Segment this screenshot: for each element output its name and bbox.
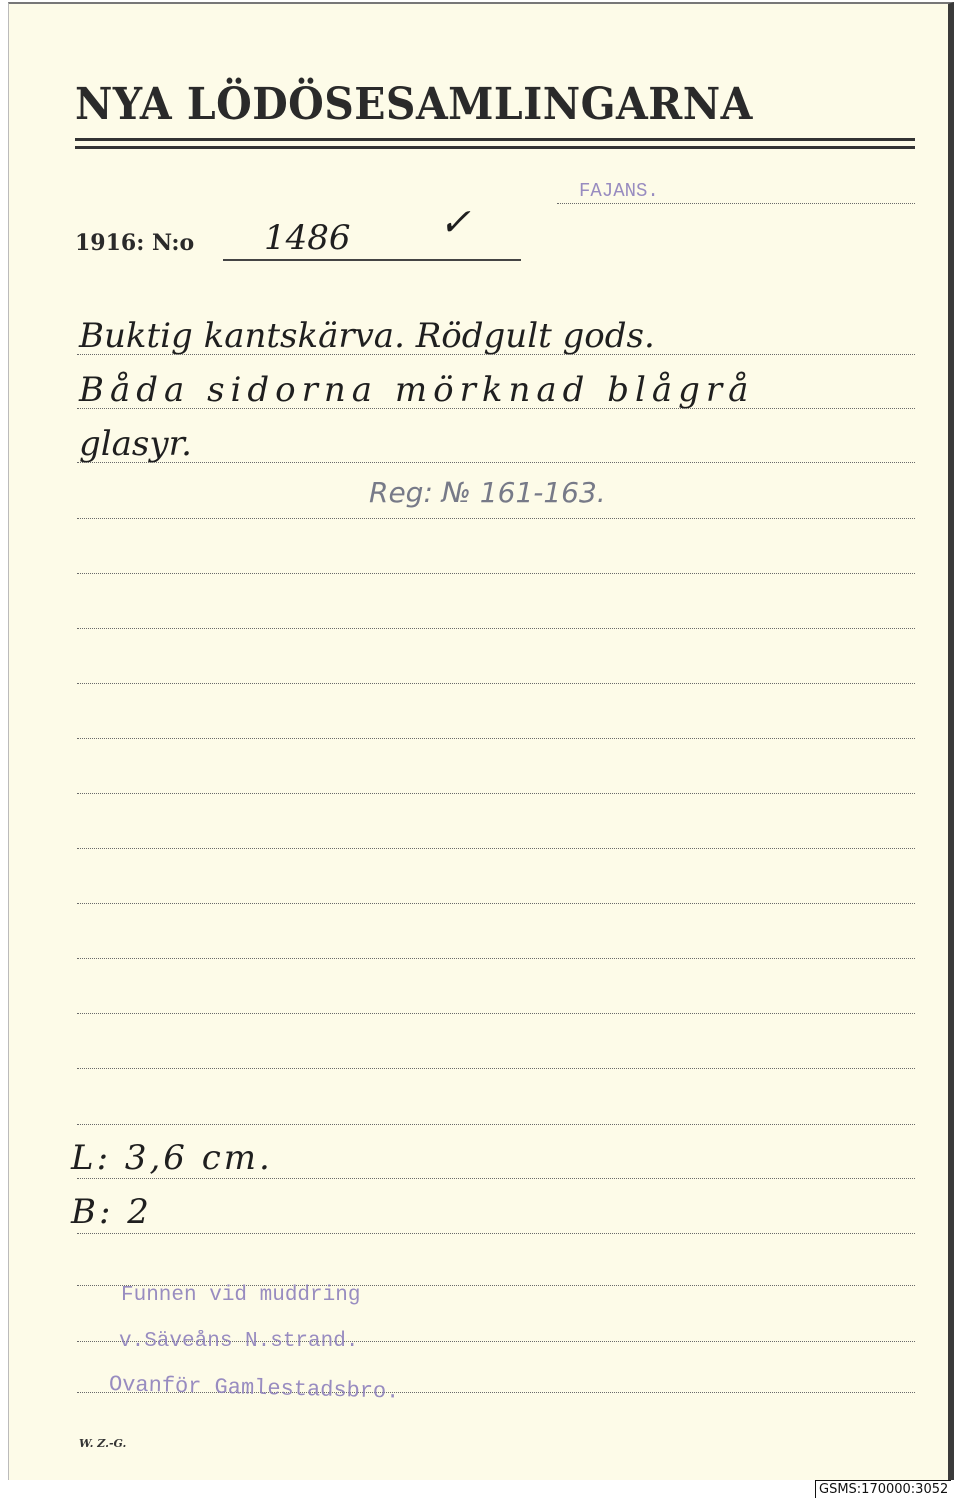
find-stamp-line-1: Funnen vid muddring [121, 1284, 360, 1307]
find-stamp-line-2: v.Säveåns N.strand. [119, 1330, 358, 1353]
dotted-line [77, 683, 915, 684]
dotted-line [77, 462, 915, 463]
check-mark-icon: ✓ [439, 200, 471, 244]
number-label: 1916: N:o [75, 230, 194, 256]
find-stamp-line-3: Ovanför Gamlestadsbro. [109, 1372, 400, 1405]
category-stamp: FAJANS. [579, 180, 659, 202]
catalog-card: NYA LÖDÖSESAMLINGARNA FAJANS. 1916: N:o … [8, 2, 954, 1480]
length-measurement: L: 3,6 cm. [71, 1138, 273, 1178]
dotted-line [77, 1068, 915, 1069]
width-measurement: B: 2 [71, 1192, 152, 1232]
dotted-line [77, 958, 915, 959]
number-underline [223, 259, 521, 261]
dotted-line [77, 1178, 915, 1179]
header-title: NYA LÖDÖSESAMLINGARNA [75, 79, 860, 130]
dotted-line [77, 848, 915, 849]
archive-id-label: GSMS:170000:3052 [815, 1480, 951, 1498]
header-rule-bottom [75, 146, 915, 149]
register-pencil-note: Reg: № 161-163. [369, 476, 606, 509]
dotted-line [77, 628, 915, 629]
description-line-1: Buktig kantskärva. Rödgult gods. [79, 316, 655, 356]
dotted-line [77, 354, 915, 355]
dotted-line [77, 1124, 915, 1125]
dotted-line [77, 793, 915, 794]
dotted-line [77, 903, 915, 904]
dotted-line [77, 738, 915, 739]
dotted-line [77, 573, 915, 574]
printer-mark: W. Z.-G. [79, 1437, 126, 1450]
dotted-line [77, 1233, 915, 1234]
number-value: 1486 [264, 218, 351, 258]
category-dotted-line [557, 203, 915, 204]
description-line-2: Båda sidorna mörknad blågrå [79, 370, 754, 410]
dotted-line [77, 408, 915, 409]
header-rule-top [75, 138, 915, 141]
dotted-line [77, 518, 915, 519]
dotted-line [77, 1013, 915, 1014]
description-line-3: glasyr. [79, 424, 192, 464]
